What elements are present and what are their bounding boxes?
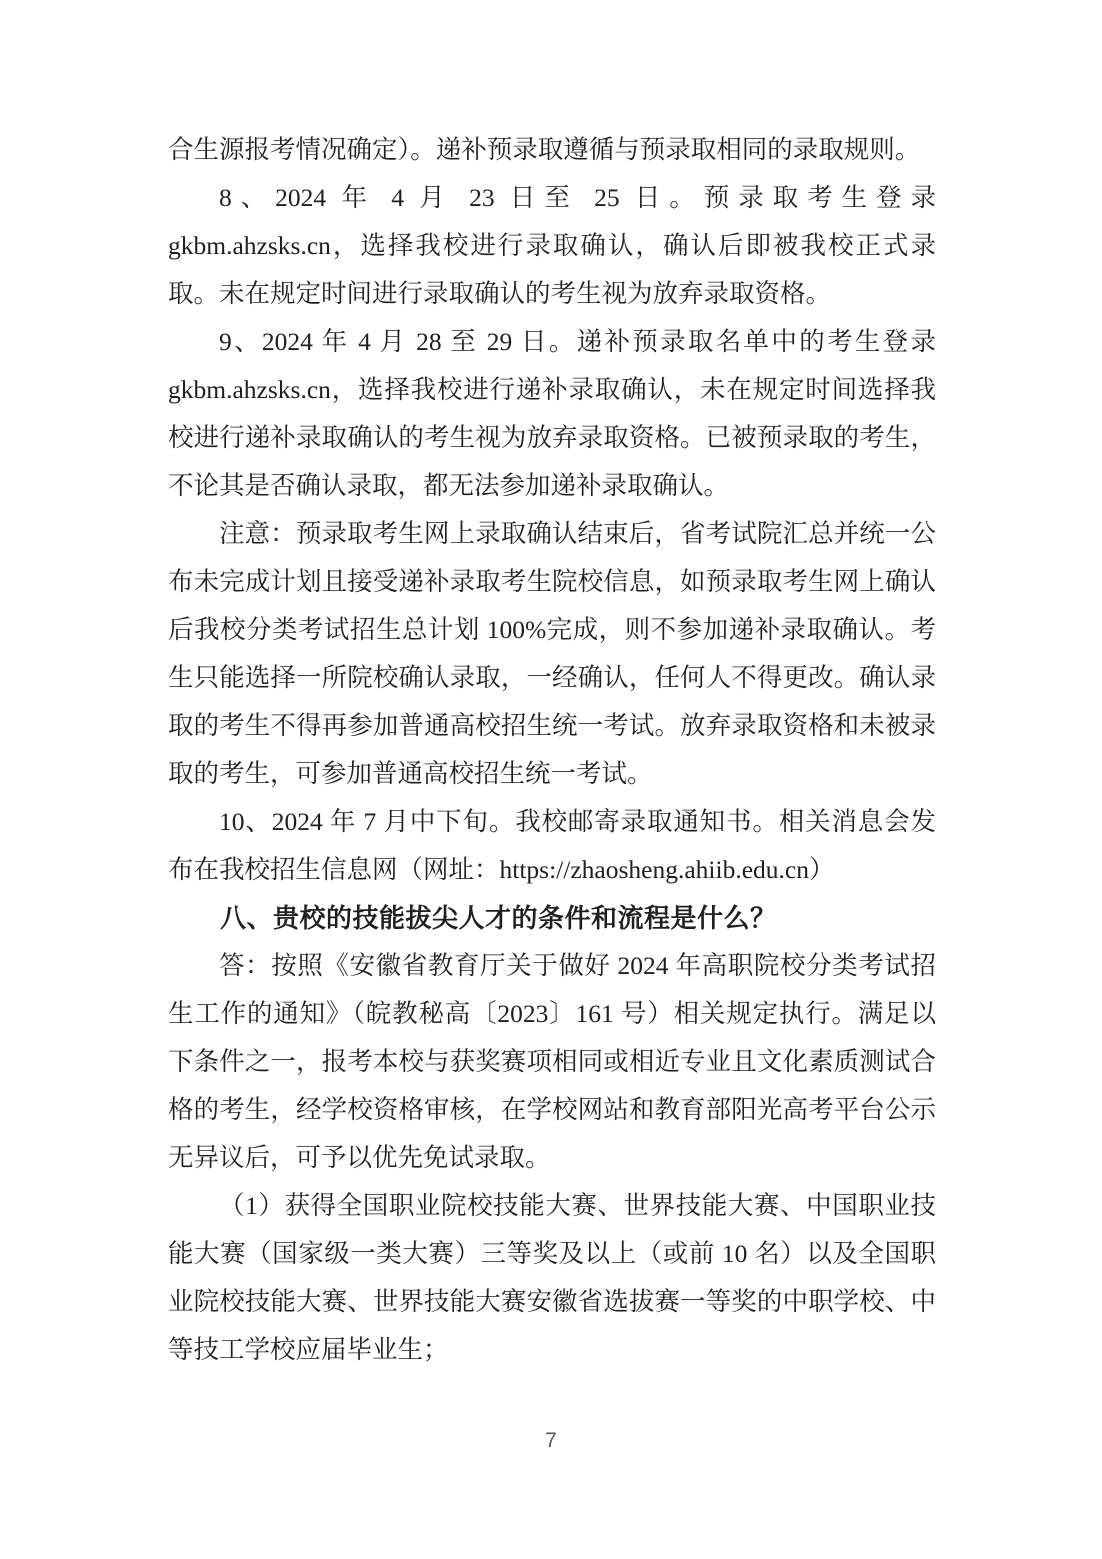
document-page: 合生源报考情况确定）。递补预录取遵循与预录取相同的录取规则。 8、2024 年 … xyxy=(0,0,1102,1559)
paragraph-item-10: 10、2024 年 7 月中下旬。我校邮寄录取通知书。相关消息会发布在我校招生信… xyxy=(168,798,936,894)
paragraph-item-9: 9、2024 年 4 月 28 至 29 日。递补预录取名单中的考生登录 gkb… xyxy=(168,318,936,510)
text-column: 合生源报考情况确定）。递补预录取遵循与预录取相同的录取规则。 8、2024 年 … xyxy=(168,126,936,1374)
page-number: 7 xyxy=(0,1426,1102,1456)
paragraph-item-8: 8、2024 年 4 月 23 日至 25 日。预录取考生登录 gkbm.ahz… xyxy=(168,174,936,318)
paragraph-condition-1: （1）获得全国职业院校技能大赛、世界技能大赛、中国职业技能大赛（国家级一类大赛）… xyxy=(168,1182,936,1374)
paragraph-answer: 答：按照《安徽省教育厅关于做好 2024 年高职院校分类考试招生工作的通知》（皖… xyxy=(168,942,936,1182)
paragraph-note: 注意：预录取考生网上录取确认结束后，省考试院汇总并统一公布未完成计划且接受递补录… xyxy=(168,510,936,798)
paragraph-continuation: 合生源报考情况确定）。递补预录取遵循与预录取相同的录取规则。 xyxy=(168,126,936,174)
section-heading-question-8: 八、贵校的技能拔尖人才的条件和流程是什么？ xyxy=(168,894,936,942)
